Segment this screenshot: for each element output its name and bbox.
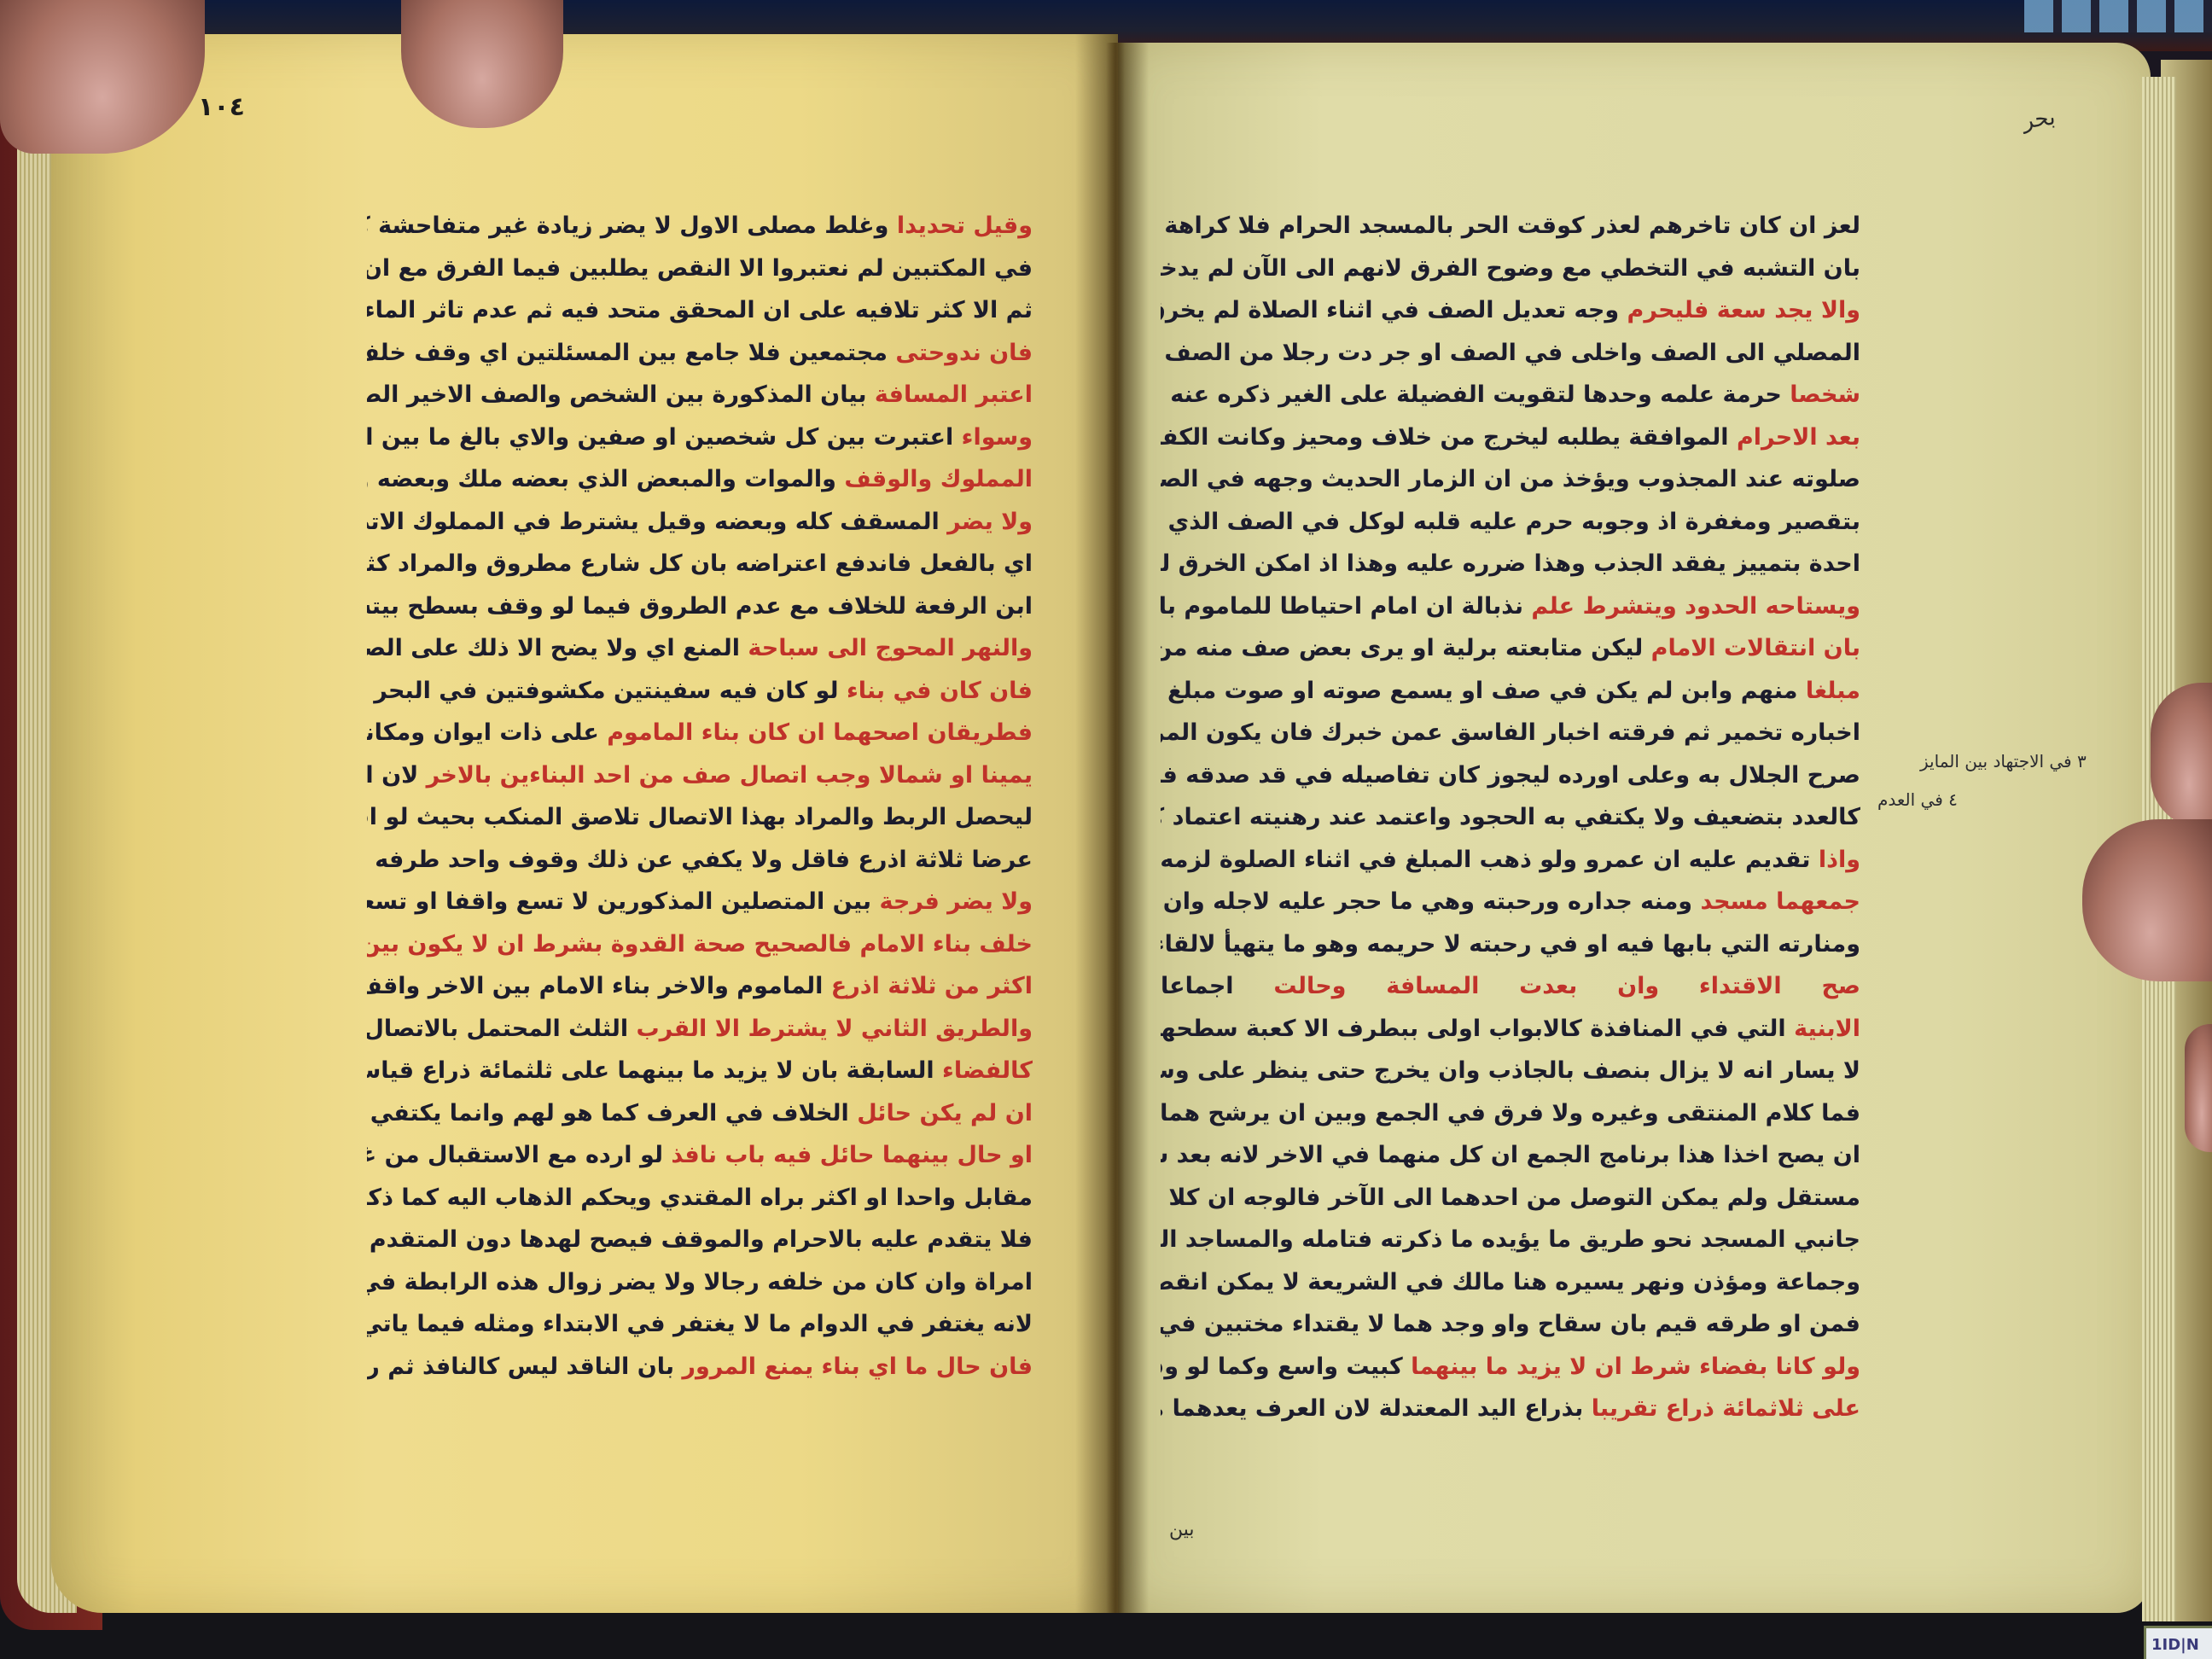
manuscript-line: يمينا او شمالا وجب اتصال صف من احد البنا… [367, 754, 1033, 797]
body-text: وجماعة ومؤذن ونهر يسيره هنا مالك في الشر… [1161, 1269, 1860, 1295]
rubric-text: فان ندوحتى [888, 340, 1033, 366]
body-text: ومنه جداره ورحبته وهي ما حجر عليه لاجله … [1161, 888, 1692, 915]
body-text: نذبالة ان امام احتياطا للماموم بالصف لان… [1161, 593, 1523, 620]
body-text: فما كلام المنتقى وغيره ولا فرق في الجمع … [1161, 1100, 1860, 1126]
manuscript-line: جانبي المسجد نحو طريق ما يؤيده ما ذكرته … [1161, 1219, 1860, 1261]
catchword: بين [1169, 1519, 1195, 1540]
body-text: كالعدد بتضعيف ولا يكتفي به الحجود واعتمد… [1161, 804, 1860, 830]
manuscript-line: لعز ان كان تاخرهم لعذر كوقت الحر بالمسجد… [1161, 205, 1860, 247]
hand-finger [2151, 683, 2212, 828]
rubric-text: شخصا [1782, 381, 1860, 408]
rubric-text: فان حال ما اي بناء يمنع المرور [674, 1353, 1033, 1380]
body-text: على ذات ايوان ومكانين والتحاذي والاسفل و… [367, 719, 599, 746]
body-text: عرضا ثلاثة اذرع فاقل ولا يكفي عن ذلك وقو… [367, 847, 1033, 873]
manuscript-line: وقيل تحديدا وغلط مصلى الاول لا يضر زيادة… [367, 205, 1033, 247]
manuscript-line: اخباره تخمير ثم فرقته اخبار الفاسق عمن خ… [1161, 712, 1860, 754]
manuscript-line: ان يصح اخذا هذا برنامج الجمع ان كل منهما… [1161, 1134, 1860, 1177]
body-text: والموات والمبعض الذي بعضه ملك وبعضه وقف … [367, 466, 836, 492]
body-text: اي بالفعل فاندفع اعتراضه بان كل شارع مطر… [367, 550, 1033, 577]
body-text: بذراع اليد المعتدلة لان العرف يعدهما مجت… [1161, 1395, 1583, 1422]
body-text: منهم وابن لم يكن في صف او يسمع صوته او ص… [1161, 678, 1797, 704]
manuscript-line: فان ندوحتى مجتمعين فلا جامع بين المسئلتي… [367, 332, 1033, 375]
body-text: بين المتصلين المذكورين لا تسع واقفا او ت… [367, 888, 871, 915]
manuscript-line: والنهر المحوج الى سباحة المنع اي ولا يضح… [367, 627, 1033, 670]
manuscript-line: ان لم يكن حائل الخلاف في العرف كما هو له… [367, 1092, 1033, 1135]
manuscript-line: ليحصل الربط والمراد بهذا الاتصال تلاصق ا… [367, 796, 1033, 839]
manuscript-line: واذا تقديم عليه ان عمرو ولو ذهب المبلغ ف… [1161, 839, 1860, 882]
body-text: بيان المذكورة بين الشخص والصف الاخير الص… [367, 381, 867, 408]
rubric-text: ويستاحه الحدود ويتشرط علم [1523, 593, 1860, 620]
body-text: المسقف كله وبعضه وقيل يشترط في المملوك ا… [367, 509, 940, 535]
manuscript-line: فطريقان اصحهما ان كان بناء الماموم على ذ… [367, 712, 1033, 754]
manuscript-line: ويستاحه الحدود ويتشرط علم نذبالة ان امام… [1161, 585, 1860, 628]
manuscript-line: مقابل واحدا او اكثر براه المقتدي ويحكم ا… [367, 1177, 1033, 1220]
body-text: المصلي الى الصف واخلى في الصف او جر دت ر… [1161, 340, 1860, 366]
rubric-text: المملوك والوقف [836, 466, 1033, 492]
body-text: لا يسار انه لا يزال بنصف بالجاذب وان يخر… [1161, 1057, 1860, 1084]
rubric-text: اعتبر المسافة [867, 381, 1033, 408]
body-text: لو كان فيه سفينتين مكشوفتين في البحر فكا… [367, 678, 839, 704]
manuscript-line: شخصا حرمة علمه وحدها لتقويت الفضيلة على … [1161, 374, 1860, 416]
manuscript-line: بعد الاحرام الموافقة يطلبه ليخرج من خلاف… [1161, 416, 1860, 459]
body-text: الموافقة يطلبه ليخرج من خلاف ومحيز وكانت… [1161, 424, 1729, 451]
body-text: اعتبرت بين كل شخصين او صفين والاي بالغ م… [367, 424, 953, 451]
rubric-text: ان لم يكن حائل [849, 1100, 1033, 1126]
manuscript-line: والا يجد سعة فليحرم وجه تعديل الصف في اث… [1161, 289, 1860, 332]
manuscript-line: وجماعة ومؤذن ونهر يسيره هنا مالك في الشر… [1161, 1261, 1860, 1304]
body-text: الخلاف في العرف كما هو لهم وانما يكتفي ب… [367, 1100, 849, 1126]
body-text: التي في المنافذة كالابواب اولى ببطرف الا… [1161, 1016, 1786, 1042]
manuscript-line: ولا يضر فرجة بين المتصلين المذكورين لا ت… [367, 881, 1033, 923]
rubric-text: وقيل تحديدا [888, 212, 1033, 239]
body-text: صلوته عند المجذوب ويؤخذ من ان الزمار الح… [1161, 466, 1860, 492]
left-page-text: وقيل تحديدا وغلط مصلى الاول لا يضر زيادة… [367, 205, 1033, 1388]
rubric-text: ولا يضر فرجة [871, 888, 1033, 915]
manuscript-line: ابن الرفعة للخلاف مع عدم الطروق فيما لو … [367, 585, 1033, 628]
open-manuscript: ١٠٤ [0, 26, 2212, 1621]
rubric-text: فان كان في بناء [839, 678, 1033, 704]
manuscript-line: صح الاقتداء وان بعدت المسافة وحالت اجماع… [1161, 965, 1860, 1008]
manuscript-line: كالفضاء السابقة بان لا يزيد ما بينهما عل… [367, 1050, 1033, 1092]
body-text: لو ارده مع الاستقبال من غير ازورار ولا ا… [367, 1142, 663, 1168]
body-text: وجه تعديل الصف في اثناء الصلاة لم يخرق ا… [1161, 297, 1619, 323]
body-text: الماموم والاخر بناء الامام بين الاخر واق… [367, 973, 823, 999]
rubric-text: على ثلاثمائة ذراع تقريبا [1583, 1395, 1860, 1422]
body-text: احدة بتمييز يفقد الجذب وهذا ضرره عليه وه… [1161, 550, 1860, 577]
body-text: لان اختلاف الابنية يوجب التفرق فاشترط ال… [367, 762, 418, 789]
body-text: بتقصير ومغفرة اذ وجوبه حرم عليه قلبه لوك… [1161, 509, 1860, 535]
rubric-text: ولا يضر [940, 509, 1033, 535]
body-text: فلا يتقدم عليه بالاحرام والموقف فيصح لهد… [367, 1226, 1033, 1253]
manuscript-line: امراة وان كان من خلفه رجالا ولا يضر زوال… [367, 1261, 1033, 1304]
rubric-text: خلف بناء الامام فالصحيح صحة القدوة بشرط … [367, 931, 1033, 958]
hand-finger [2185, 1024, 2212, 1152]
rubric-text: وسواء [953, 424, 1033, 451]
body-text: الثلث المحتمل بالاتصال العرفي في الخلف ك… [367, 1016, 628, 1042]
margin-note: ٤ في العدم [1877, 789, 1958, 810]
manuscript-line: خلف بناء الامام فالصحيح صحة القدوة بشرط … [367, 923, 1033, 966]
manuscript-line: صرح الجلال به وعلى اورده ليجوز كان تفاصي… [1161, 754, 1860, 797]
body-text: اخباره تخمير ثم فرقته اخبار الفاسق عمن خ… [1161, 719, 1860, 746]
manuscript-line: ولو كانا بفضاء شرط ان لا يزيد ما بينهما … [1161, 1346, 1860, 1388]
body-text: اجماعا [1161, 973, 1234, 999]
gutter [1106, 43, 1125, 1613]
rubric-text: يمينا او شمالا وجب اتصال صف من احد البنا… [418, 762, 1033, 789]
body-text: وغلط مصلى الاول لا يضر زيادة غير متفاحشة… [367, 212, 888, 239]
manuscript-line: فما كلام المنتقى وغيره ولا فرق في الجمع … [1161, 1092, 1860, 1135]
body-text: حرمة علمه وحدها لتقويت الفضيلة على الغير… [1161, 381, 1782, 408]
rubric-text: الابنية [1786, 1016, 1860, 1042]
manuscript-line: اعتبر المسافة بيان المذكورة بين الشخص وا… [367, 374, 1033, 416]
body-text: بان الناقد ليس كالنافذ ثم رايت شارحا ذكر… [367, 1353, 674, 1380]
manuscript-line: جمعهما مسجد ومنه جداره ورحبته وهي ما حجر… [1161, 881, 1860, 923]
body-text: بان التشبه في التخطي مع وضوح الفرق لانهم… [1161, 255, 1860, 282]
rubric-text: او حال بينهما حائل فيه باب نافذ [663, 1142, 1033, 1168]
rubric-text: كالفضاء [934, 1057, 1033, 1084]
folio-mark: بحر [2021, 104, 2057, 134]
manuscript-line: بتقصير ومغفرة اذ وجوبه حرم عليه قلبه لوك… [1161, 501, 1860, 544]
manuscript-line: بان التشبه في التخطي مع وضوح الفرق لانهم… [1161, 247, 1860, 290]
margin-note: ٣ في الاجتهاد بين المايز [1920, 751, 2087, 771]
manuscript-line: او حال بينهما حائل فيه باب نافذ لو ارده … [367, 1134, 1033, 1177]
body-text: مستقل ولم يمكن التوصل من احدهما الى الآخ… [1161, 1185, 1860, 1211]
body-text: في المكتبين لم نعتبروا الا النقص يطلبين … [367, 255, 1033, 282]
manuscript-line: المصلي الى الصف واخلى في الصف او جر دت ر… [1161, 332, 1860, 375]
body-text: المنع اي ولا يضح الا ذلك على الصحيح وقيل… [367, 635, 740, 661]
body-text: لعز ان كان تاخرهم لعذر كوقت الحر بالمسجد… [1161, 212, 1860, 239]
manuscript-line: اي بالفعل فاندفع اعتراضه بان كل شارع مطر… [367, 543, 1033, 585]
manuscript-line: ثم الا كثر تلافيه على ان المحقق متحد فيه… [367, 289, 1033, 332]
manuscript-line: مبلغا منهم وابن لم يكن في صف او يسمع صوت… [1161, 670, 1860, 713]
manuscript-line: الابنية التي في المنافذة كالابواب اولى ب… [1161, 1008, 1860, 1051]
body-text: فمن او طرقه قيم بان سقاح واو وجد هما لا … [1161, 1311, 1860, 1337]
manuscript-line: المملوك والوقف والموات والمبعض الذي بعضه… [367, 458, 1033, 501]
body-text: ومنارته التي بابها فيه او في رحبته لا حر… [1161, 931, 1860, 958]
manuscript-line: عرضا ثلاثة اذرع فاقل ولا يكفي عن ذلك وقو… [367, 839, 1033, 882]
rubric-text: بان انتقالات الامام [1643, 635, 1860, 661]
manuscript-line: كالعدد بتضعيف ولا يكتفي به الحجود واعتمد… [1161, 796, 1860, 839]
manuscript-line: ومنارته التي بابها فيه او في رحبته لا حر… [1161, 923, 1860, 966]
body-text: كبيت واسع وكما لو وقف احد بسطح والاخر بس… [1161, 1353, 1403, 1380]
manuscript-line: ولا يضر المسقف كله وبعضه وقيل يشترط في ا… [367, 501, 1033, 544]
body-text: السابقة بان لا يزيد ما بينهما على ثلثمائ… [367, 1057, 934, 1084]
rubric-text: اكثر من ثلاثة اذرع [823, 973, 1033, 999]
manuscript-line: والطريق الثاني لا يشترط الا القرب الثلث … [367, 1008, 1033, 1051]
manuscript-line: اكثر من ثلاثة اذرع الماموم والاخر بناء ا… [367, 965, 1033, 1008]
manuscript-line: في المكتبين لم نعتبروا الا النقص يطلبين … [367, 247, 1033, 290]
body-text: ثم الا كثر تلافيه على ان المحقق متحد فيه… [367, 297, 1033, 323]
manuscript-line: احدة بتمييز يفقد الجذب وهذا ضرره عليه وه… [1161, 543, 1860, 585]
rubric-text: بعد الاحرام [1729, 424, 1860, 451]
manuscript-line: وسواء اعتبرت بين كل شخصين او صفين والاي … [367, 416, 1033, 459]
manuscript-line: لانه يغتفر في الدوام ما لا يغتفر في الاب… [367, 1303, 1033, 1346]
body-text: ليحصل الربط والمراد بهذا الاتصال تلاصق ا… [367, 804, 1033, 830]
rubric-text: مبلغا [1797, 678, 1860, 704]
body-text: مقابل واحدا او اكثر براه المقتدي ويحكم ا… [367, 1185, 1033, 1211]
manuscript-line: لا يسار انه لا يزال بنصف بالجاذب وان يخر… [1161, 1050, 1860, 1092]
rubric-text: جمعهما مسجد [1692, 888, 1860, 915]
rubric-text: والا يجد سعة فليحرم [1619, 297, 1860, 323]
right-page-text: لعز ان كان تاخرهم لعذر كوقت الحر بالمسجد… [1161, 205, 1860, 1430]
manuscript-line: على ثلاثمائة ذراع تقريبا بذراع اليد المع… [1161, 1388, 1860, 1430]
manuscript-line: فلا يتقدم عليه بالاحرام والموقف فيصح لهد… [367, 1219, 1033, 1261]
manuscript-line: فان كان في بناء لو كان فيه سفينتين مكشوف… [367, 670, 1033, 713]
body-text: مجتمعين فلا جامع بين المسئلتين اي وقف خل… [367, 340, 888, 366]
manuscript-line: فمن او طرقه قيم بان سقاح واو وجد هما لا … [1161, 1303, 1860, 1346]
rubric-text: والطريق الثاني لا يشترط الا القرب [628, 1016, 1033, 1042]
manuscript-line: مستقل ولم يمكن التوصل من احدهما الى الآخ… [1161, 1177, 1860, 1220]
manuscript-line: فان حال ما اي بناء يمنع المرور بان الناق… [367, 1346, 1033, 1388]
body-text: جانبي المسجد نحو طريق ما يؤيده ما ذكرته … [1161, 1226, 1860, 1253]
body-text: تقديم عليه ان عمرو ولو ذهب المبلغ في اثن… [1161, 847, 1810, 873]
body-text: ان يصح اخذا هذا برنامج الجمع ان كل منهما… [1161, 1142, 1860, 1168]
body-text: صرح الجلال به وعلى اورده ليجوز كان تفاصي… [1161, 762, 1860, 789]
rubric-text: فطريقان اصحهما ان كان بناء الماموم [599, 719, 1033, 746]
rubric-text: واذا [1810, 847, 1860, 873]
page-number: ١٠٤ [198, 92, 245, 122]
body-text: ليكن متابعته برلية او يرى بعض صف منه من … [1161, 635, 1643, 661]
rubric-text: ولو كانا بفضاء شرط ان لا يزيد ما بينهما [1403, 1353, 1860, 1380]
body-text: ابن الرفعة للخلاف مع عدم الطروق فيما لو … [367, 593, 1033, 620]
rubric-text: صح الاقتداء وان بعدت المسافة وحالت [1234, 973, 1860, 999]
rubric-text: والنهر المحوج الى سباحة [740, 635, 1033, 661]
body-text: امراة وان كان من خلفه رجالا ولا يضر زوال… [367, 1269, 1033, 1295]
manuscript-line: بان انتقالات الامام ليكن متابعته برلية ا… [1161, 627, 1860, 670]
body-text: لانه يغتفر في الدوام ما لا يغتفر في الاب… [367, 1311, 1033, 1337]
manuscript-line: صلوته عند المجذوب ويؤخذ من ان الزمار الح… [1161, 458, 1860, 501]
shelf-label: 1ID|N [2144, 1626, 2212, 1659]
